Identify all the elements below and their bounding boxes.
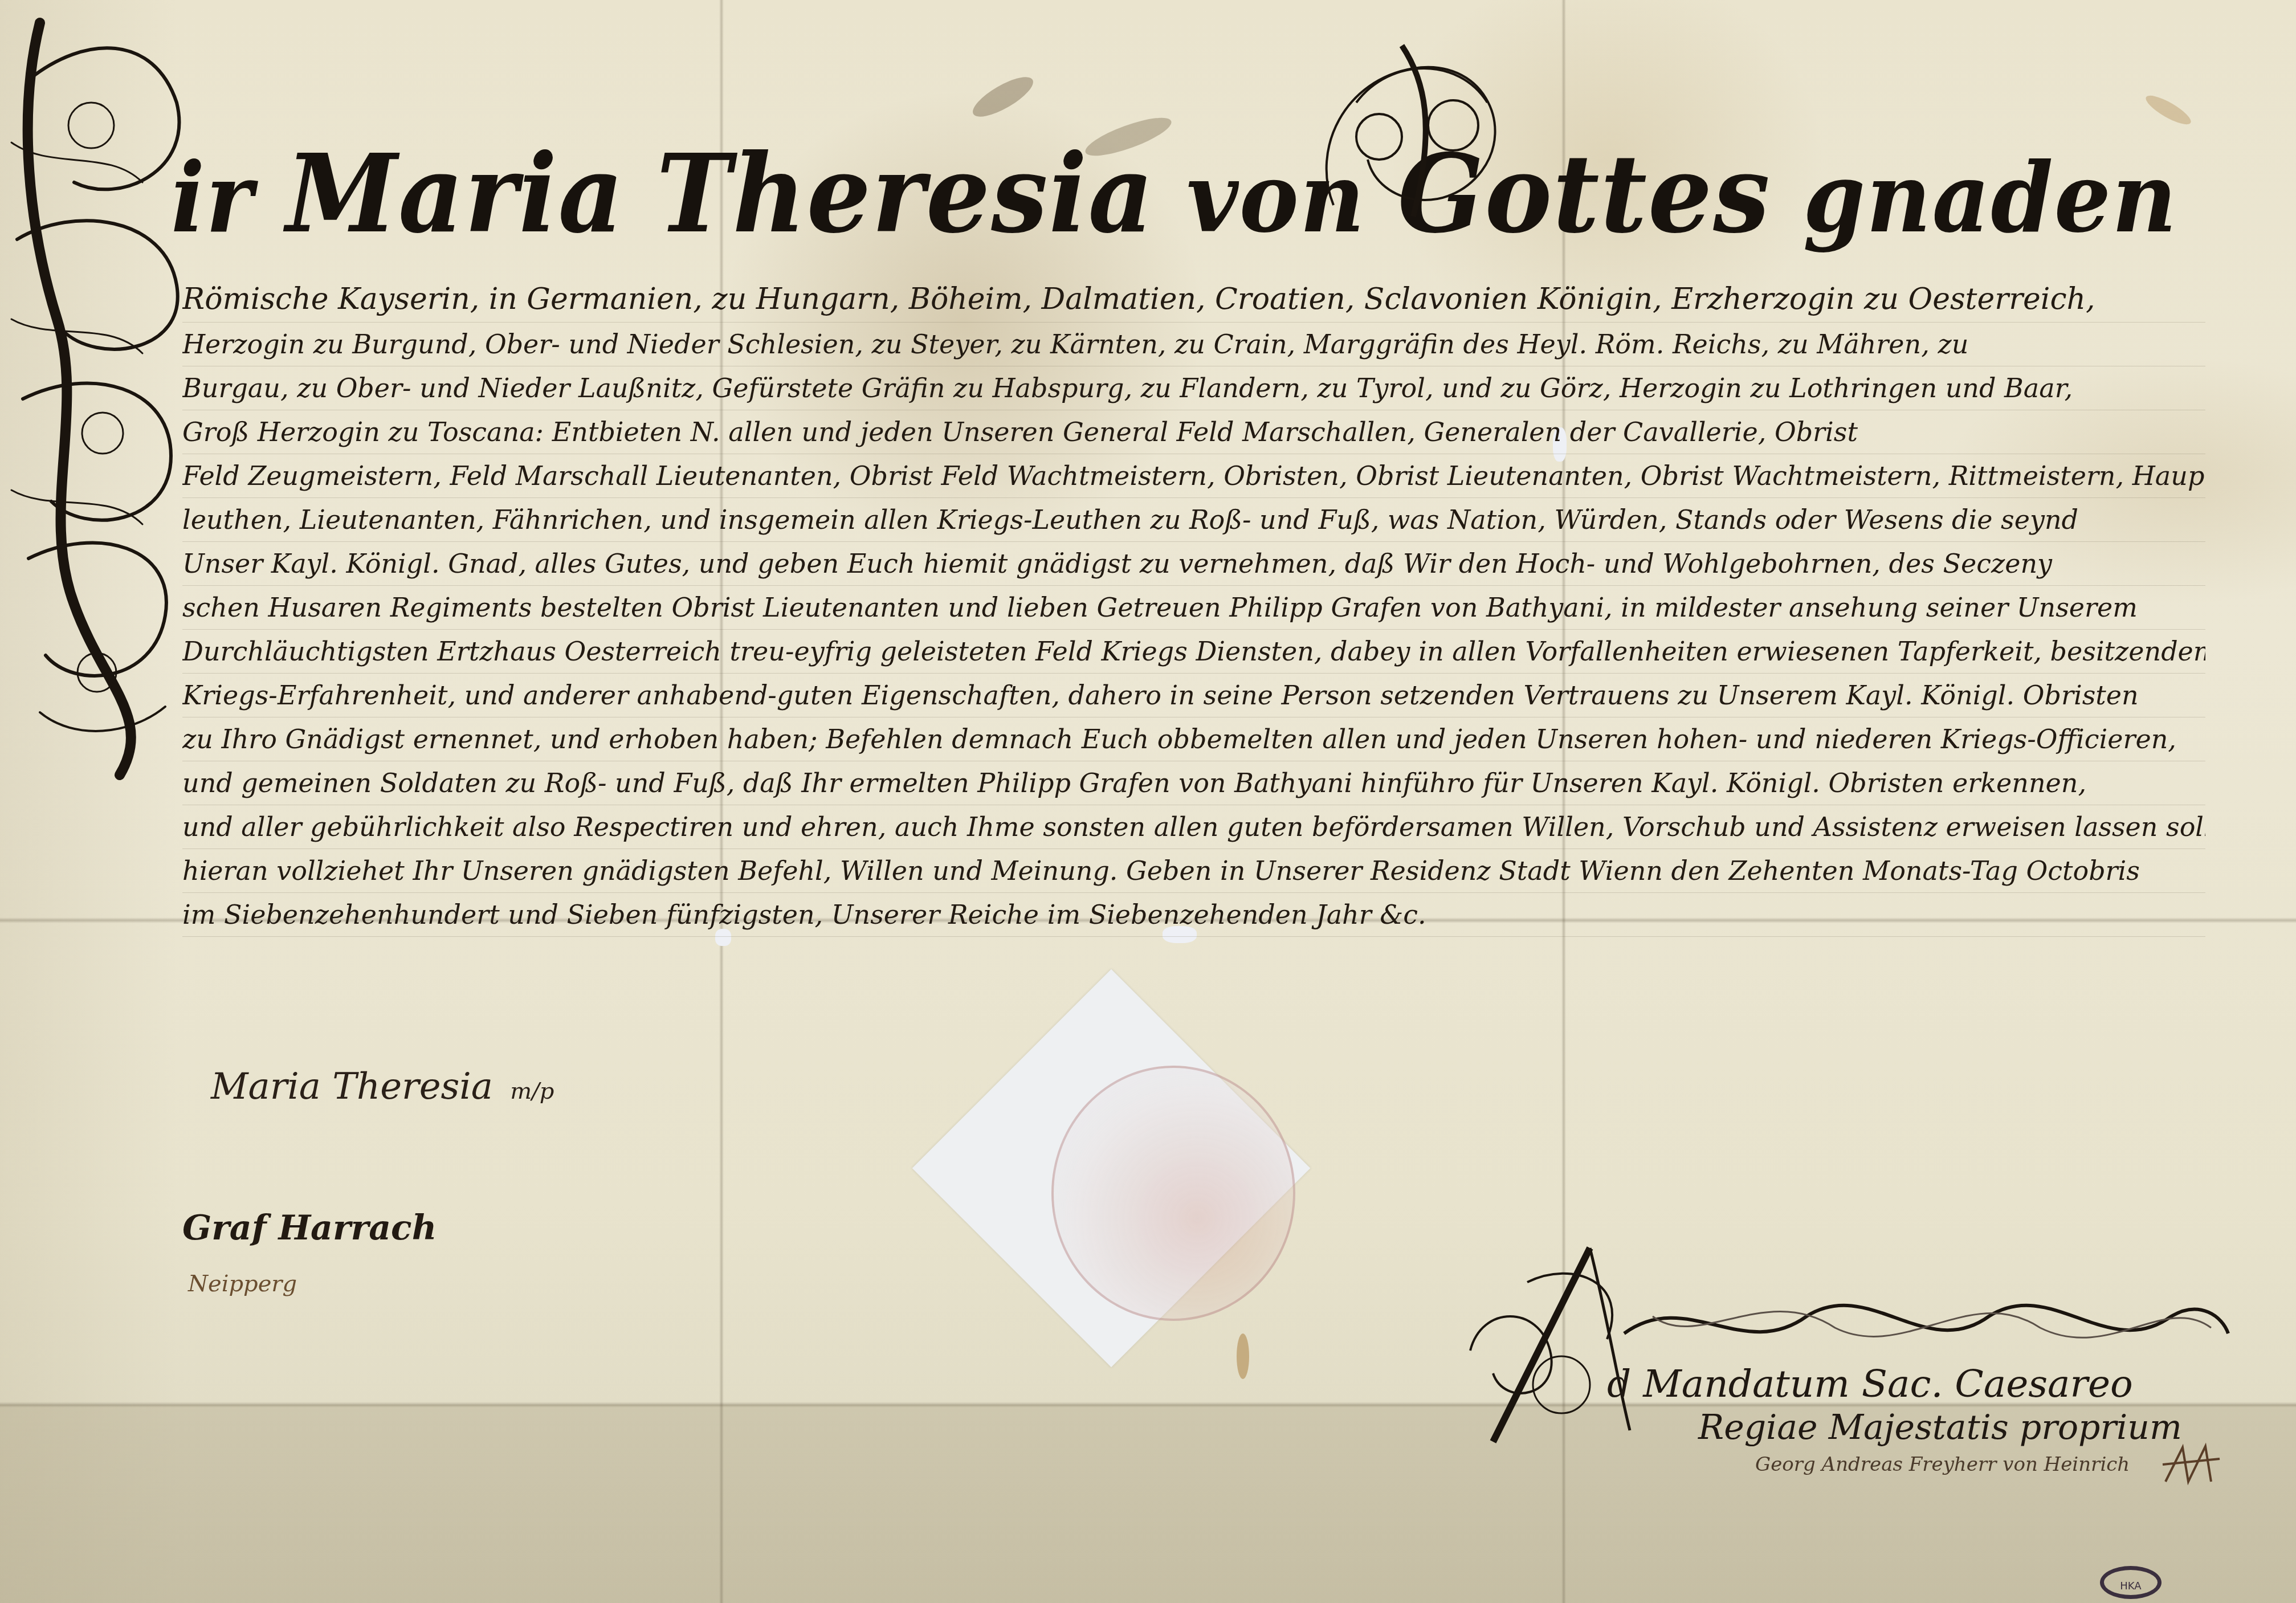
initial-flourish-icon bbox=[6, 0, 194, 786]
rust-stain bbox=[1237, 1333, 1249, 1379]
text-line: Burgau, zu Ober- und Nieder Laußnitz, Ge… bbox=[182, 366, 2205, 410]
text-line: und gemeinen Soldaten zu Roß- und Fuß, d… bbox=[182, 761, 2205, 805]
heading-word: ir bbox=[171, 141, 254, 254]
heading-word-theresia: Theresia bbox=[656, 130, 1155, 257]
mandate-line-2: Regiae Majestatis proprium bbox=[1698, 1408, 2182, 1447]
seal-impression-icon bbox=[1051, 1066, 1295, 1321]
water-stain bbox=[2143, 91, 2195, 129]
mandate-line-1: d Mandatum Sac. Caesareo bbox=[1607, 1362, 2133, 1406]
heading-word-gnaden: gnaden bbox=[1803, 141, 2177, 254]
text-line: Kriegs-Erfahrenheit, und anderer anhaben… bbox=[182, 674, 2205, 717]
document-heading: ir Maria Theresia von Gottes gnaden bbox=[171, 131, 2026, 256]
initial-a-flourish-icon bbox=[1459, 1237, 1641, 1453]
capital-flourish-icon bbox=[1299, 34, 1539, 228]
mandate-flourish-icon bbox=[1618, 1282, 2234, 1356]
text-line: Römische Kayserin, in Germanien, zu Hung… bbox=[182, 276, 2205, 323]
secretary-signature: Georg Andreas Freyherr von Heinrich bbox=[1755, 1453, 2130, 1476]
text-line: im Siebenzehenhundert und Sieben fünfzig… bbox=[182, 893, 2205, 937]
text-line: Groß Herzogin zu Toscana: Entbieten N. a… bbox=[182, 410, 2205, 454]
text-line: Herzogin zu Burgund, Ober- und Nieder Sc… bbox=[182, 323, 2205, 366]
text-line: Durchläuchtigsten Ertzhaus Oesterreich t… bbox=[182, 630, 2205, 674]
text-line: hieran vollziehet Ihr Unseren gnädigsten… bbox=[182, 849, 2205, 893]
counter-signature-secondary: Neipperg bbox=[188, 1271, 297, 1297]
text-line: schen Husaren Regiments bestelten Obrist… bbox=[182, 586, 2205, 630]
text-line: zu Ihro Gnädigst ernennet, und erhoben h… bbox=[182, 717, 2205, 761]
sovereign-signature: Maria Theresia m/p bbox=[211, 1066, 554, 1108]
archive-stamp: HKA bbox=[2100, 1566, 2162, 1599]
text-line: und aller gebührlichkeit also Respectire… bbox=[182, 805, 2205, 849]
heading-word-maria: Maria bbox=[286, 130, 625, 257]
document-body: Römische Kayserin, in Germanien, zu Hung… bbox=[182, 276, 2205, 937]
ink-stain bbox=[968, 70, 1038, 124]
text-line: Unser Kayl. Königl. Gnad, alles Gutes, u… bbox=[182, 542, 2205, 586]
signature-mark: m/p bbox=[510, 1078, 554, 1104]
text-line: Feld Zeugmeistern, Feld Marschall Lieute… bbox=[182, 454, 2205, 498]
text-line: leuthen, Lieutenanten, Fähnrichen, und i… bbox=[182, 498, 2205, 542]
parchment-sheet: ir Maria Theresia von Gottes gnaden Römi… bbox=[0, 0, 2296, 1603]
signature-name: Maria Theresia bbox=[211, 1066, 493, 1108]
paraph-icon bbox=[2160, 1442, 2222, 1487]
counter-signature: Graf Harrach bbox=[182, 1208, 437, 1248]
